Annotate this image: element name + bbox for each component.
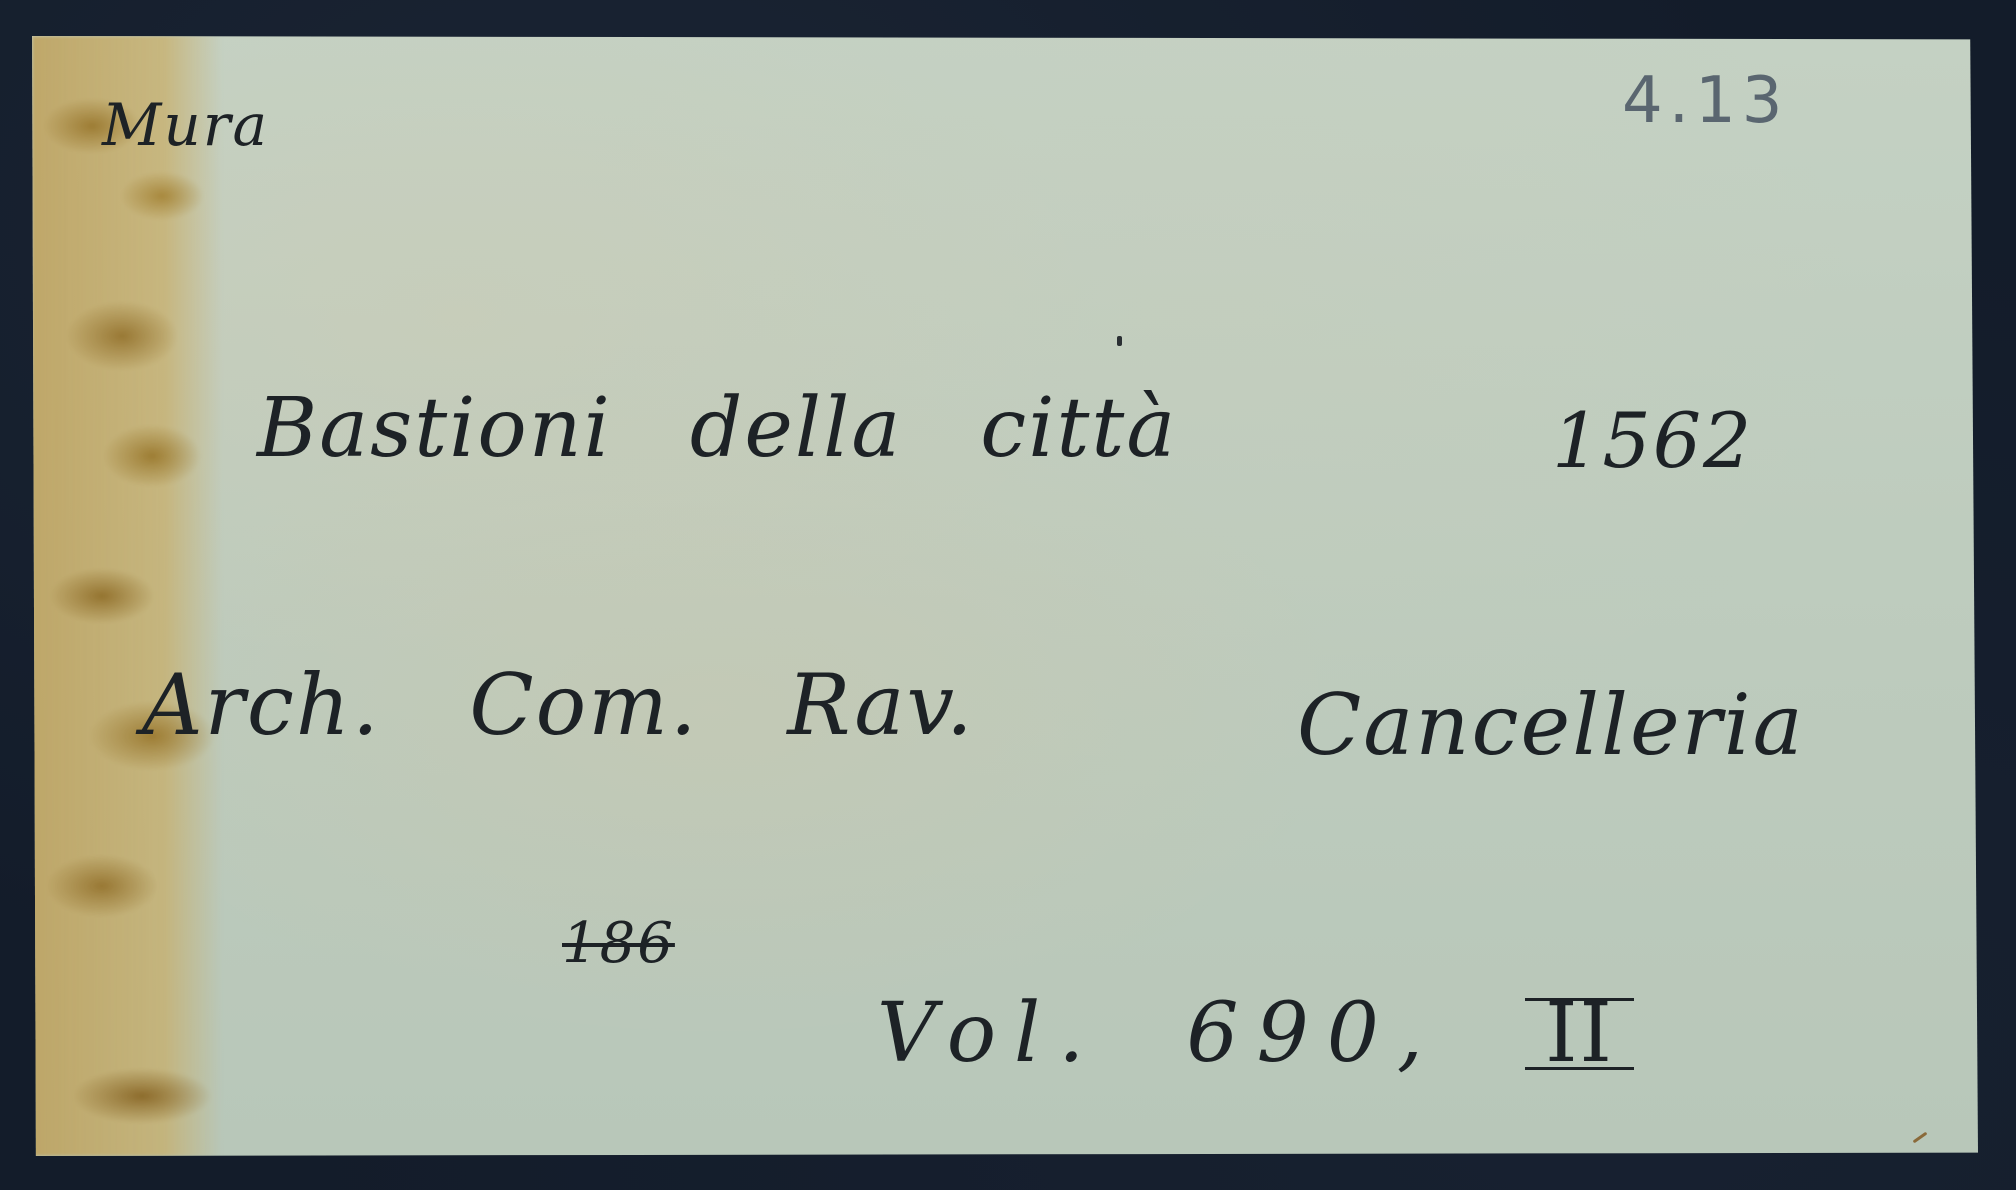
subject-text: Bastioni della città xyxy=(257,381,1177,476)
card-heading: Mura xyxy=(102,91,269,159)
ink-speck xyxy=(1117,336,1122,346)
struck-through-number: 186 xyxy=(562,911,675,976)
rust-mark xyxy=(1913,1132,1928,1144)
archive-series: Cancelleria xyxy=(1297,676,1805,774)
volume-part: II xyxy=(1525,998,1634,1070)
subject-year: 1562 xyxy=(1552,396,1753,485)
catalog-number: 4.13 xyxy=(1622,64,1789,138)
foxing-stain-strip xyxy=(32,36,222,1156)
index-card: Mura 4.13 Bastioni della città 1562 Arch… xyxy=(32,36,1978,1156)
volume-reference: Vol. 690, II xyxy=(877,986,1634,1081)
archive-name: Arch. Com. Rav. xyxy=(142,656,975,754)
volume-label: Vol. 690, xyxy=(877,986,1441,1081)
